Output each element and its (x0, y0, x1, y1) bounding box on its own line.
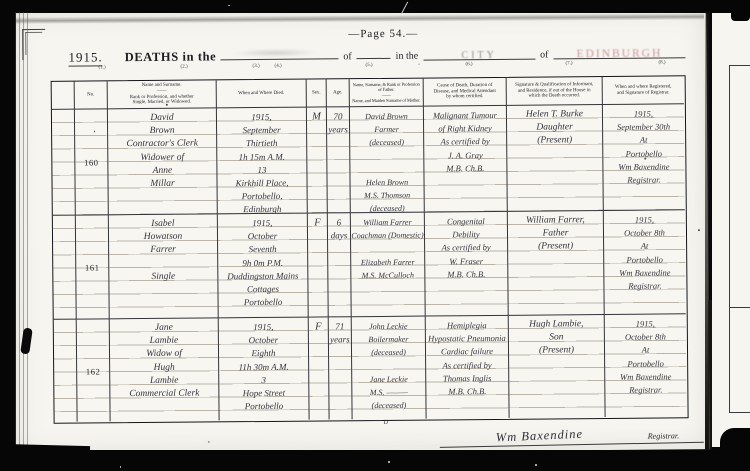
header-when-where-died: When and Where Died. (217, 80, 307, 109)
cell-age: 6 days (328, 213, 352, 317)
column-ref-4: (4.) (274, 64, 281, 69)
scan-speckle (388, 461, 390, 463)
scan-speckle (208, 441, 210, 442)
header-cause: Cause of Death, Duration of Disease, and… (424, 78, 507, 107)
entry-number: 160 (75, 109, 109, 215)
cell-informant: Helen T. Burke Daughter (Present) (507, 105, 604, 212)
scan-edge-bottom (0, 450, 750, 471)
of-label: of (343, 51, 351, 62)
header-parents: Name, Surname, & Rank or Profession of F… (350, 79, 424, 108)
blank-line (357, 44, 391, 59)
cell-registered: 1915, October 8th At Portobello Wm Baxen… (604, 210, 686, 315)
cell-cause-of-death: Hemiplegia Hypostatic Pneumonia Cardiac … (426, 316, 510, 419)
cell-sex: F (308, 213, 329, 317)
deaths-register-table: No. Name and Surname. —— Rank or Profess… (51, 75, 689, 424)
form-title: DEATHS in the (125, 49, 217, 65)
cell-name-surname: Jane Lambie Widow of Hugh Lambie Commerc… (110, 318, 220, 421)
adjacent-page-sliver (712, 13, 750, 447)
district-stamp-smudge (232, 48, 318, 57)
column-ref-6: (6.) (465, 62, 472, 67)
cell-age: 70 years (327, 107, 351, 213)
scan-edge-left (0, 0, 16, 471)
cell-when-where-died: 1915, October Eighth 11h 30m A.M. 3 Hope… (219, 318, 310, 421)
margin-cell (53, 216, 77, 320)
cell-cause-of-death: Malignant Tumour of Right Kidney As cert… (424, 106, 508, 213)
cell-when-where-died: 1915, October Seventh 9h 0m P.M. Dudding… (218, 214, 309, 319)
cell-name-surname: Isabel Howatson Farrer Single (109, 214, 219, 319)
scan-edge-corner (731, 12, 750, 21)
cell-informant: William Farrer, Father (Present) (508, 211, 605, 316)
scan-speckle (419, 64, 420, 65)
column-ref-3: (3.) (252, 64, 259, 69)
scan-speckle (228, 5, 230, 6)
header-name: Name and Surname. —— Rank or Profession,… (108, 80, 217, 109)
scan-speckle (644, 158, 646, 160)
cell-parents: David Brown Farmer (deceased) Helen Brow… (350, 107, 425, 214)
header-age: Age. (327, 79, 350, 107)
header-no: No. (75, 81, 108, 109)
cell-when-where-died: 1915, September Thirtieth 1h 15m A.M. 13… (217, 108, 308, 215)
adjacent-page-rule (729, 412, 750, 413)
cell-sex: F (309, 317, 330, 419)
scan-edge-corner (720, 428, 750, 454)
registrar-label: Registrar. (648, 431, 679, 440)
column-ref-1: (1.) (99, 65, 106, 70)
page-number: —Page 54.— (298, 27, 468, 40)
header-registered: When and where Registered, and Signature… (603, 76, 684, 105)
scan-speckle (94, 130, 95, 132)
adjacent-page-rule (729, 307, 750, 308)
cell-name-surname: David Brown Contractor's Clerk Widower o… (108, 108, 218, 215)
column-ref-5: (5.) (365, 63, 372, 68)
cell-age: 71 years (329, 317, 353, 419)
city-stamp: CITY (461, 50, 496, 61)
cell-parents: John Leckie Boilermaker (deceased) Jane … (352, 317, 427, 420)
header-margin (52, 82, 75, 110)
scan-speckle (535, 464, 537, 466)
header-sex: Sex. (307, 79, 327, 107)
cell-informant: Hugh Lambie, Son (Present) (509, 315, 606, 418)
margin-cell (54, 320, 78, 422)
cell-parents: William Farrer Coachman (Domestic) Eliza… (351, 213, 426, 318)
scanned-register-viewport: —Page 54.— 1915. DEATHS in the of in the… (0, 0, 750, 471)
stacked-page-edges (15, 12, 31, 450)
scan-speckle (166, 104, 168, 106)
adjacent-page-rule (729, 65, 750, 66)
column-ref-8: (8.) (658, 60, 665, 65)
sheet-letter-mark: D (384, 420, 388, 426)
edinburgh-stamp: EDINBURGH (577, 47, 663, 60)
entry-number: 162 (77, 319, 111, 421)
header-informant: Signature & Qualification of Informant, … (507, 77, 603, 106)
place-blank: EDINBURGH (553, 43, 685, 59)
margin-cell (52, 110, 76, 216)
in-the-label: in the (396, 51, 419, 62)
scan-speckle (120, 466, 121, 468)
register-page: —Page 54.— 1915. DEATHS in the of in the… (0, 0, 750, 471)
cell-sex: M (307, 107, 328, 213)
scan-edge-top (0, 0, 750, 13)
entry-number: 161 (76, 215, 110, 319)
adjacent-page-border (729, 65, 730, 412)
column-ref-7: (7.) (565, 61, 572, 66)
district-blank (220, 44, 338, 60)
column-ref-2: (2.) (181, 65, 188, 70)
cell-registered: 1915, October 8th At Portobello Wm Baxen… (605, 314, 687, 417)
city-blank: CITY (423, 45, 535, 61)
cell-cause-of-death: Congenital Debility As certified by W. F… (425, 212, 509, 317)
of-label-2: of (540, 49, 548, 60)
year-label: 1915. (68, 49, 102, 66)
scan-speckle (698, 229, 700, 231)
